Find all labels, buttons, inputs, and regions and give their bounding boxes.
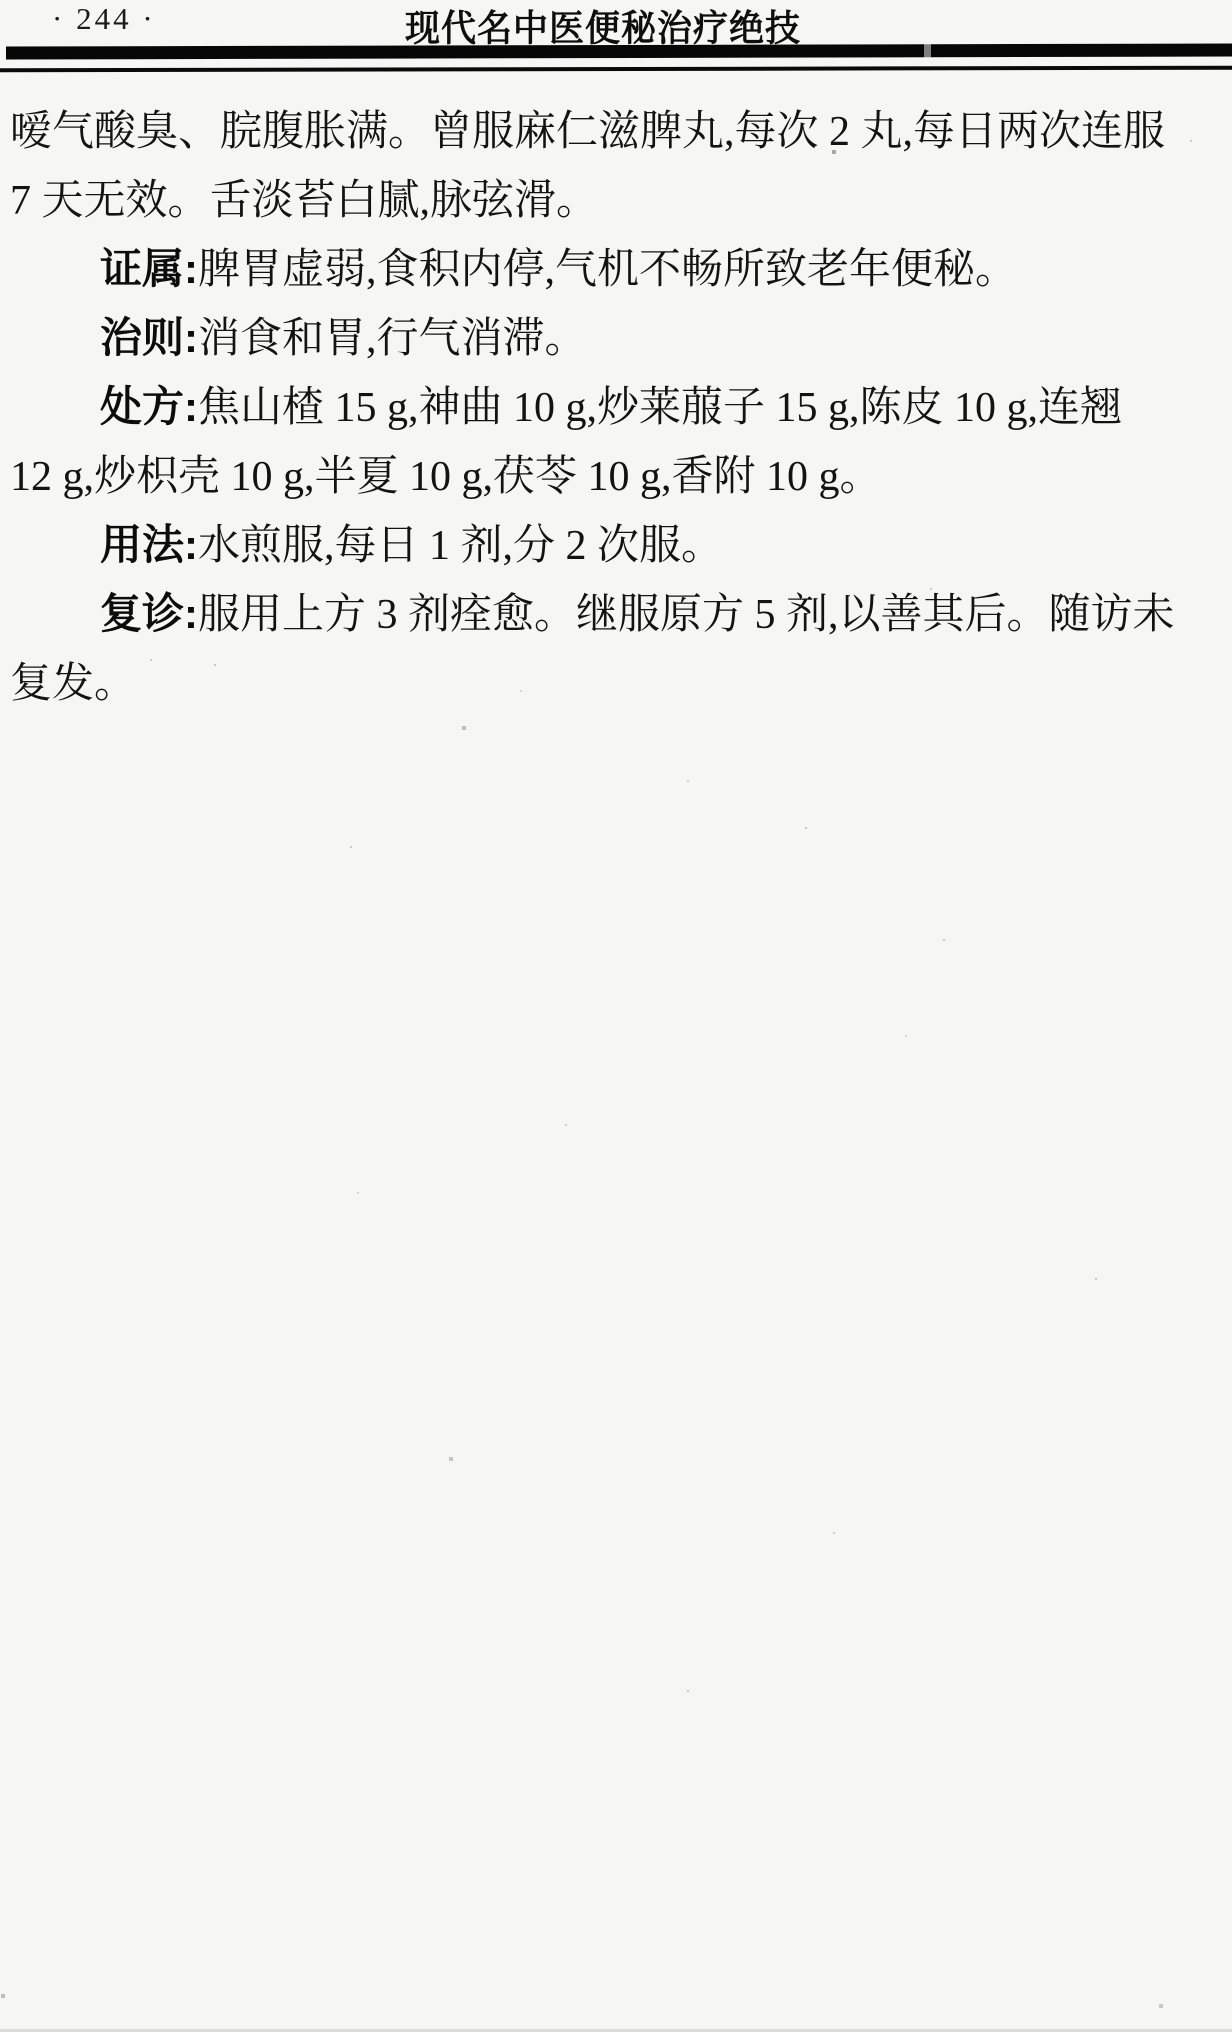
page-number: · 244 · <box>52 1 156 37</box>
text-line: 复发。 <box>10 648 1232 717</box>
header-rule-thin <box>0 66 1232 73</box>
line-text: 脾胃虚弱,食积内停,气机不畅所致老年便秘。 <box>198 247 1017 293</box>
text-line: 治则:消食和胃,行气消滞。 <box>10 303 1232 372</box>
line-text: 7 天无效。舌淡苔白腻,脉弦滑。 <box>10 178 598 224</box>
line-text: 服用上方 3 剂痊愈。继服原方 5 剂,以善其后。随访未 <box>198 592 1175 638</box>
line-text: 嗳气酸臭、脘腹胀满。曾服麻仁滋脾丸,每次 2 丸,每日两次连服 <box>10 109 1165 155</box>
text-line: 嗳气酸臭、脘腹胀满。曾服麻仁滋脾丸,每次 2 丸,每日两次连服 <box>10 96 1232 165</box>
scan-noise-speckles <box>0 0 2 2</box>
book-page: · 244 · 现代名中医便秘治疗绝技 嗳气酸臭、脘腹胀满。曾服麻仁滋脾丸,每次… <box>0 0 1232 2032</box>
text-line: 复诊:服用上方 3 剂痊愈。继服原方 5 剂,以善其后。随访未 <box>10 579 1232 648</box>
line-text: 消食和胃,行气消滞。 <box>198 316 587 362</box>
header-rule-thick <box>6 44 1232 60</box>
line-text: 12 g,炒枳壳 10 g,半夏 10 g,茯苓 10 g,香附 10 g。 <box>10 454 882 500</box>
text-line: 用法:水煎服,每日 1 剂,分 2 次服。 <box>10 510 1232 579</box>
paragraph-label: 治则: <box>100 314 198 361</box>
line-text: 复发。 <box>10 661 136 707</box>
line-text: 水煎服,每日 1 剂,分 2 次服。 <box>198 523 723 569</box>
body-text: 嗳气酸臭、脘腹胀满。曾服麻仁滋脾丸,每次 2 丸,每日两次连服 7 天无效。舌淡… <box>10 96 1232 717</box>
header-rule-scan-gap <box>924 43 931 60</box>
paragraph-label: 用法: <box>100 521 198 568</box>
text-line: 处方:焦山楂 15 g,神曲 10 g,炒莱菔子 15 g,陈皮 10 g,连翘 <box>10 372 1232 441</box>
paragraph-label: 处方: <box>100 383 198 430</box>
text-line: 证属:脾胃虚弱,食积内停,气机不畅所致老年便秘。 <box>10 234 1232 303</box>
line-text: 焦山楂 15 g,神曲 10 g,炒莱菔子 15 g,陈皮 10 g,连翘 <box>198 385 1122 431</box>
text-line: 7 天无效。舌淡苔白腻,脉弦滑。 <box>10 165 1232 234</box>
text-line: 12 g,炒枳壳 10 g,半夏 10 g,茯苓 10 g,香附 10 g。 <box>10 441 1232 510</box>
paragraph-label: 证属: <box>100 245 198 292</box>
paragraph-label: 复诊: <box>100 590 198 637</box>
